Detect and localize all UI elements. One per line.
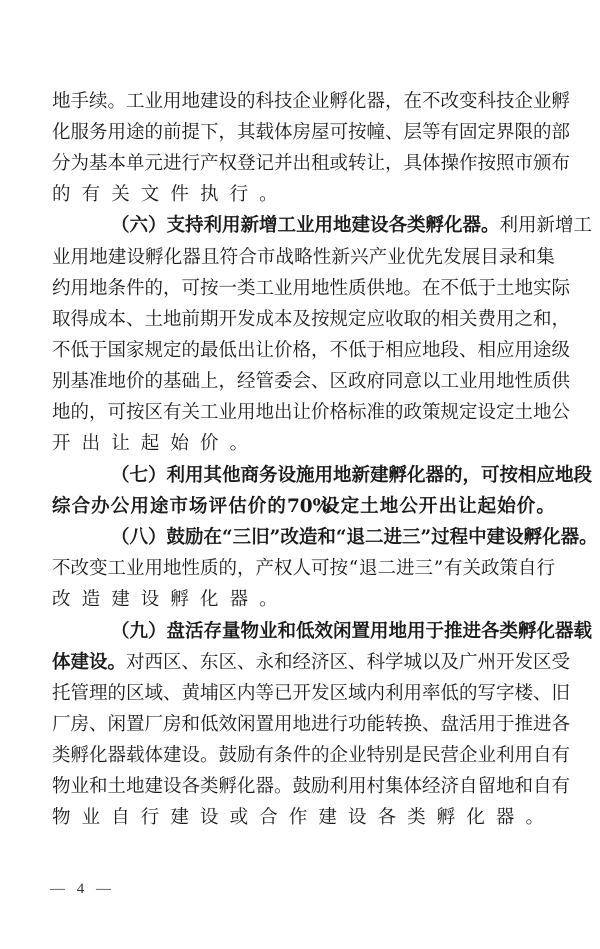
bold-char: 评 (209, 491, 228, 522)
char: 出 (82, 428, 101, 459)
char: 厂 (145, 709, 164, 740)
char: 性 (182, 553, 201, 584)
char: 永 (256, 647, 275, 678)
char: 房 (293, 117, 312, 148)
bold-char: 可 (481, 460, 500, 491)
char: 地 (89, 242, 108, 273)
char: 类 (200, 771, 219, 802)
char: 定 (496, 397, 515, 428)
char: 器 (108, 740, 127, 771)
char: 用 (348, 771, 367, 802)
char: 租 (311, 148, 330, 179)
char: 体 (274, 117, 293, 148)
char: 操 (441, 148, 460, 179)
char: 字 (496, 678, 515, 709)
char: 应 (367, 304, 386, 335)
char: 的 (145, 273, 164, 304)
bold-char: 孵 (426, 210, 445, 241)
bold-char: 建 (487, 522, 506, 553)
char: 权 (219, 148, 238, 179)
char: 或 (330, 148, 349, 179)
char: 有 (552, 740, 571, 771)
bold-char: 设 (321, 491, 340, 522)
char: 土 (515, 397, 534, 428)
char: 规 (441, 397, 460, 428)
bold-char: 支 (167, 210, 186, 241)
char: 部 (552, 117, 571, 148)
char: 发 (237, 304, 256, 335)
char: 效 (219, 709, 238, 740)
char: 规 (330, 304, 349, 335)
bold-char: 改 (280, 522, 299, 553)
char: 布 (552, 148, 571, 179)
char: 写 (478, 678, 497, 709)
char: 、 (237, 647, 256, 678)
char: 孵 (219, 771, 238, 802)
text-line: 托管理的区域、黄埔区内等已开发区域内利用率低的写字楼、旧 (52, 678, 555, 709)
text-line: 化服务用途的前提下，其载体房屋可按幢、层等有固定界限的部 (52, 117, 555, 148)
char: 用 (237, 397, 256, 428)
char: 符 (220, 242, 239, 273)
char: 工 (441, 366, 460, 397)
bold-char: 二 (365, 522, 384, 553)
char: 不 (330, 335, 349, 366)
char: 体 (145, 740, 164, 771)
char: 自 (459, 771, 478, 802)
bold-char: 价 (248, 491, 267, 522)
char: 设 (348, 802, 367, 833)
char: 变 (459, 86, 478, 117)
bold-char: 建 (352, 210, 371, 241)
char: 相 (441, 304, 460, 335)
bold-char: 和 (278, 616, 297, 647)
char: 区 (219, 678, 238, 709)
char: 先 (425, 242, 444, 273)
bold-char: 三 (402, 522, 421, 553)
char: 本 (108, 148, 127, 179)
char: 公 (552, 397, 571, 428)
char: 件 (126, 273, 145, 304)
char: 化 (237, 771, 256, 802)
char: 记 (256, 148, 275, 179)
char: 设 (478, 397, 497, 428)
bold-char: 存 (204, 616, 223, 647)
char: 人 (293, 553, 312, 584)
bold-char: 化 (444, 210, 463, 241)
char: 条 (274, 740, 293, 771)
text-line: 不低于国家规定的最低出让价格，不低于相应地段、相应用途级 (52, 335, 555, 366)
bold-char: 八 (130, 522, 149, 553)
char: 用 (496, 304, 515, 335)
char: 区 (330, 647, 349, 678)
bold-char: 让 (458, 491, 477, 522)
char: 置 (256, 709, 275, 740)
bold-char: 。 (536, 491, 555, 522)
char: 、 (89, 709, 108, 740)
char: 域 (145, 678, 164, 709)
char: 价 (274, 335, 293, 366)
bold-char: 器 (561, 522, 580, 553)
char: 利 (330, 771, 349, 802)
char: 其 (237, 117, 256, 148)
bold-char: 过 (431, 522, 450, 553)
char: 地 (422, 335, 441, 366)
char: 经 (422, 771, 441, 802)
text-line: 综合办公用途市场评估价的70%设定土地公开出让起始价。 (52, 491, 555, 522)
char: 、 (385, 117, 404, 148)
char: 地 (108, 366, 127, 397)
char: 自 (533, 771, 552, 802)
char: 进 (311, 709, 330, 740)
char: 于 (367, 335, 386, 366)
char: 性 (515, 366, 534, 397)
char: 定 (478, 117, 497, 148)
char: 济 (441, 771, 460, 802)
bold-char: 应 (537, 460, 556, 491)
bold-char: 相 (518, 460, 537, 491)
char: 前 (163, 117, 182, 148)
char: 鼓 (293, 771, 312, 802)
char: 改 (71, 553, 90, 584)
char: 化 (348, 86, 367, 117)
bold-char: 务 (259, 460, 278, 491)
char: 东 (200, 647, 219, 678)
char: 略 (294, 242, 313, 273)
char: 物 (52, 802, 71, 833)
char: 或 (230, 802, 249, 833)
char: 以 (422, 647, 441, 678)
char: 起 (141, 428, 160, 459)
bold-char: 用 (315, 460, 334, 491)
char: 合 (259, 802, 278, 833)
char: 有 (163, 397, 182, 428)
char: 开 (293, 678, 312, 709)
char: 土 (496, 273, 515, 304)
char: 的 (219, 553, 238, 584)
char: 以 (422, 366, 441, 397)
char: 化 (89, 740, 108, 771)
char: 建 (145, 771, 164, 802)
char: 建 (318, 802, 337, 833)
char: 土 (108, 771, 127, 802)
char: 策 (422, 397, 441, 428)
char: 用 (71, 242, 90, 273)
char: 地 (182, 86, 201, 117)
bold-char: 器 (426, 460, 445, 491)
bold-char: 商 (241, 460, 260, 491)
char: 有 (441, 117, 460, 148)
char: 转 (348, 148, 367, 179)
text-line: 业用地建设孵化器且符合市战略性新兴产业优先发展目录和集 (52, 242, 555, 273)
char: 孵 (170, 584, 189, 615)
bold-char: 类 (500, 616, 519, 647)
char: 企 (293, 86, 312, 117)
bold-char: 孵 (518, 616, 537, 647)
char: 供 (552, 366, 571, 397)
char: 业 (82, 802, 101, 833)
char: 设 (141, 584, 160, 615)
char: 业 (52, 242, 71, 273)
bold-char: 化 (537, 616, 556, 647)
char: 市 (515, 148, 534, 179)
char: 自 (111, 802, 130, 833)
bold-char: 各 (481, 616, 500, 647)
bold-char: 建 (370, 460, 389, 491)
char: 不 (441, 273, 460, 304)
char: 途 (126, 117, 145, 148)
char: 续 (89, 86, 108, 117)
char: 前 (182, 304, 201, 335)
bold-char: 。 (108, 647, 127, 678)
char: 低 (441, 678, 460, 709)
char: 。 (200, 740, 219, 771)
bold-char: 新 (241, 210, 260, 241)
bold-char: 孵 (524, 522, 543, 553)
char: 能 (367, 709, 386, 740)
char: 界 (496, 117, 515, 148)
char: 换 (404, 709, 423, 740)
char: 作 (289, 802, 308, 833)
bold-char: 化 (407, 460, 426, 491)
char: 载 (256, 117, 275, 148)
bold-char: 70% (287, 491, 320, 522)
char: 区 (126, 678, 145, 709)
char: 活 (459, 709, 478, 740)
bold-char: 合 (72, 491, 91, 522)
char: 途 (533, 335, 552, 366)
char: 地 (89, 273, 108, 304)
char: 单 (126, 148, 145, 179)
text-line: 地的，可按区有关工业用地出让价格标准的政策规定设定土地公 (52, 397, 555, 428)
char: 按 (348, 117, 367, 148)
char: 让 (256, 335, 275, 366)
char: 管 (256, 366, 275, 397)
char: 性 (330, 273, 349, 304)
char: ， (237, 553, 256, 584)
char: 际 (552, 273, 571, 304)
char: 鼓 (219, 740, 238, 771)
char: 的 (182, 335, 201, 366)
char: 变 (89, 553, 108, 584)
char: 区 (145, 397, 164, 428)
bold-char: 载 (574, 616, 593, 647)
text-line: 物业和土地建设各类孵化器。鼓励利用村集体经济自留地和自有 (52, 771, 555, 802)
char: 件 (170, 179, 189, 210)
char: 发 (443, 242, 462, 273)
bold-char: 进 (383, 522, 402, 553)
bold-char: 利 (167, 460, 186, 491)
char: 的 (422, 304, 441, 335)
char: 黄 (182, 678, 201, 709)
bold-char: 的 (444, 460, 463, 491)
bold-char: 于 (426, 616, 445, 647)
char: 下 (200, 117, 219, 148)
char: 。 (259, 179, 278, 210)
char: 同 (385, 366, 404, 397)
char: 成 (89, 304, 108, 335)
bold-char: （ (111, 460, 130, 491)
char: 和 (518, 242, 537, 273)
char: 定 (459, 397, 478, 428)
char: 和 (533, 304, 552, 335)
bold-char: 造 (299, 522, 318, 553)
char: 出 (274, 397, 293, 428)
char: 有 (256, 740, 275, 771)
char: 孵 (552, 86, 571, 117)
bold-char: 公 (399, 491, 418, 522)
char: 用 (145, 553, 164, 584)
char: 的 (145, 117, 164, 148)
char: 理 (89, 678, 108, 709)
char: 工 (574, 210, 593, 241)
char: 建 (111, 584, 130, 615)
char: 新 (537, 210, 556, 241)
char: 出 (237, 335, 256, 366)
char: 村 (367, 771, 386, 802)
bold-char: 公 (111, 491, 130, 522)
char: 段 (441, 335, 460, 366)
char: 意 (404, 366, 423, 397)
bold-char: 段 (574, 460, 593, 491)
char: ， (552, 304, 571, 335)
char: 孵 (145, 242, 164, 273)
char: 、 (459, 335, 478, 366)
char: 内 (237, 678, 256, 709)
char: 政 (404, 397, 423, 428)
bold-char: 增 (259, 210, 278, 241)
char: 房 (71, 709, 90, 740)
char: 行 (330, 709, 349, 740)
char: 改 (52, 584, 71, 615)
text-line: （九）盘活存量物业和低效闲置用地用于推进各类孵化器载 (111, 616, 555, 647)
char: 标 (348, 397, 367, 428)
char: 用 (71, 273, 90, 304)
char: 利 (385, 678, 404, 709)
char: 各 (182, 771, 201, 802)
char: 和 (274, 647, 293, 678)
char: 低 (71, 335, 90, 366)
bold-char: 地 (380, 491, 399, 522)
bold-char: 孵 (389, 460, 408, 491)
char: 基 (89, 148, 108, 179)
bold-char: 六 (130, 210, 149, 241)
bold-char: 业 (259, 616, 278, 647)
char: 会 (293, 366, 312, 397)
bold-char: 用 (130, 491, 149, 522)
char: 体 (404, 771, 423, 802)
char: 于 (496, 709, 515, 740)
char: 区 (219, 647, 238, 678)
bold-char: 效 (315, 616, 334, 647)
char: 可 (330, 117, 349, 148)
text-line: 不改变工业用地性质的，产权人可按“退二进三”有关政策自行 (52, 553, 555, 584)
char: 国 (108, 335, 127, 366)
char: 提 (182, 117, 201, 148)
bold-char: 工 (278, 210, 297, 241)
char: 化 (466, 802, 485, 833)
bold-char: 量 (222, 616, 241, 647)
char: 是 (404, 740, 423, 771)
char: 础 (182, 366, 201, 397)
char: 建 (163, 740, 182, 771)
text-line: 的有关文件执行。 (52, 179, 555, 210)
char: 自 (533, 740, 552, 771)
char: 对 (126, 647, 145, 678)
bold-char: 七 (130, 460, 149, 491)
char: 西 (145, 647, 164, 678)
char: 三 (415, 553, 434, 584)
bold-char: 用 (185, 460, 204, 491)
bold-char: 出 (438, 491, 457, 522)
text-line: 别基准地价的基础上，经管委会、区政府同意以工业用地性质供 (52, 366, 555, 397)
char: “ (348, 553, 359, 584)
page-number: — 4 — (50, 881, 115, 898)
char: 按 (200, 273, 219, 304)
char: 企 (459, 740, 478, 771)
char: 固 (459, 117, 478, 148)
char: 幢 (367, 117, 386, 148)
char: 用 (478, 366, 497, 397)
char: 让 (111, 428, 130, 459)
char: 的 (237, 86, 256, 117)
char: 规 (145, 335, 164, 366)
char: 广 (459, 647, 478, 678)
char: 科 (256, 86, 275, 117)
char: 器 (182, 242, 201, 273)
bold-char: 估 (228, 491, 247, 522)
bold-char: 场 (189, 491, 208, 522)
char: 于 (478, 273, 497, 304)
char: 孵 (330, 86, 349, 117)
char: 。 (274, 771, 293, 802)
char: 用 (163, 86, 182, 117)
char: 技 (274, 86, 293, 117)
char: 地 (52, 397, 71, 428)
char: 关 (182, 397, 201, 428)
char: 和 (515, 771, 534, 802)
text-line: 开出让起始价。 (52, 428, 555, 459)
char: 功 (348, 709, 367, 740)
bold-char: 设 (89, 647, 108, 678)
char: 州 (478, 647, 497, 678)
char: 可 (182, 273, 201, 304)
char: 别 (52, 366, 71, 397)
char: 于 (89, 335, 108, 366)
char: 业 (219, 397, 238, 428)
char: 基 (163, 366, 182, 397)
char: 基 (71, 366, 90, 397)
document-page: 地手续。工业用地建设的科技企业孵化器，在不改变科技企业孵化服务用途的前提下，其载… (0, 0, 600, 949)
char: 让 (367, 148, 386, 179)
char: 行 (230, 179, 249, 210)
char: 学 (385, 647, 404, 678)
text-line: （八）鼓励在“三旧”改造和“退二进三”过程中建设孵化器。 (111, 522, 555, 553)
char: 用 (478, 709, 497, 740)
char: 设 (219, 86, 238, 117)
char: 件 (293, 740, 312, 771)
bold-char: ） (148, 460, 167, 491)
char: 业 (348, 740, 367, 771)
bold-char: 价 (517, 491, 536, 522)
char: 进 (396, 553, 415, 584)
bold-char: 途 (150, 491, 169, 522)
char: 孵 (437, 802, 456, 833)
bold-char: 持 (185, 210, 204, 241)
char: 本 (108, 304, 127, 335)
char: 和 (182, 709, 201, 740)
char: 低 (348, 335, 367, 366)
char: 质 (200, 553, 219, 584)
